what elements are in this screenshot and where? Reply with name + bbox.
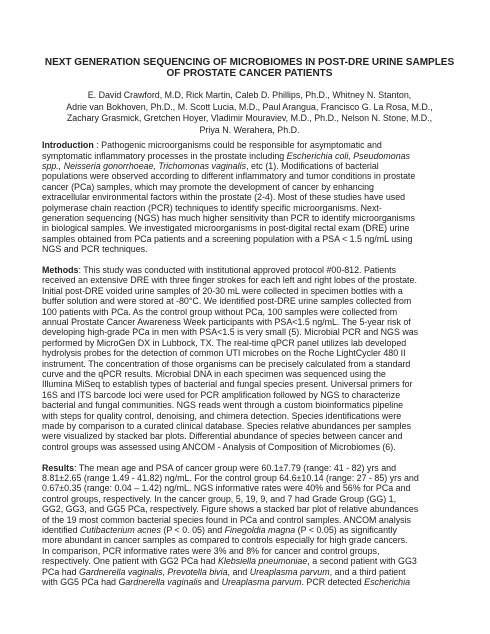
text-segment: : Pathogenic microorganisms could be res…: [94, 140, 382, 150]
text-segment: , a second patient with GG3: [307, 556, 417, 566]
text-segment: hydrolysis probes for the detection of c…: [42, 348, 406, 358]
text-line: 8.81±2.65 (range 1.49 - 41.82) ng/mL. Fo…: [42, 473, 457, 483]
text-segment: PCa had: [42, 567, 79, 577]
text-segment: spp., Neisseria gonorrhoeae, Trichomonas…: [42, 161, 246, 171]
text-segment: curve and the qPCR results. Microbial DN…: [42, 369, 386, 379]
author-line: Priya N. Werahera, Ph.D.: [42, 125, 457, 137]
text-segment: and: [202, 577, 222, 587]
text-segment: Ureaplasma parvum: [250, 567, 330, 577]
text-segment: GG2, GG3, and GG5 PCa, respectively. Fig…: [42, 504, 418, 514]
text-segment: samples obtained from PCa patients and a…: [42, 234, 412, 244]
text-segment: Prevotella bivia: [167, 567, 227, 577]
text-segment: were visualized by stacked bar plots. Di…: [42, 431, 402, 441]
text-segment: respectively. One patient with GG2 PCa h…: [42, 556, 218, 566]
text-line: made by comparison to a curated clinical…: [42, 421, 457, 431]
text-segment: Introduction: [42, 140, 94, 150]
text-segment: symptomatic inflammatory processes in th…: [42, 151, 287, 161]
text-segment: Results: [42, 463, 74, 473]
text-line: hydrolysis probes for the detection of c…: [42, 348, 457, 358]
text-segment: performed by MicroGen DX in Lubbock, TX.…: [42, 338, 406, 348]
author-line: Adrie van Bokhoven, Ph.D., M. Scott Luci…: [42, 102, 457, 114]
text-line: Introduction : Pathogenic microorganisms…: [42, 140, 457, 150]
text-segment: extracellular environmental factors with…: [42, 192, 405, 202]
text-segment: generation sequencing (NGS) has much hig…: [42, 213, 415, 223]
text-segment: Methods: [42, 265, 78, 275]
text-segment: Escherichia coli, Pseudomonas: [287, 151, 410, 161]
text-line: were visualized by stacked bar plots. Di…: [42, 431, 457, 441]
text-segment: cancer (PCa) samples, which may promote …: [42, 182, 374, 192]
text-segment: 100 patients with PCa. As the control gr…: [42, 307, 397, 317]
text-line: with GG5 PCa had Gardnerella vaginalis a…: [42, 577, 457, 587]
text-line: Illumina MiSeq to establish types of bac…: [42, 379, 457, 389]
author-line: Zachary Grasmick, Gretchen Hoyer, Vladim…: [42, 113, 457, 125]
text-line: extracellular environmental factors with…: [42, 192, 457, 202]
text-line: 0.67±0.35 (range: 0.04 – 1.42) ng/mL. NG…: [42, 483, 457, 493]
text-line: developing high-grade PCa in men with PS…: [42, 327, 457, 337]
text-segment: 8.81±2.65 (range 1.49 - 41.82) ng/mL. Fo…: [42, 473, 419, 483]
paragraph-introduction: Introduction : Pathogenic microorganisms…: [42, 140, 457, 254]
text-segment: NGS and PCR techniques.: [42, 244, 148, 254]
text-segment: Klebsiella pneumoniae: [218, 556, 307, 566]
paper-title: NEXT GENERATION SEQUENCING OF MICROBIOME…: [42, 58, 457, 79]
text-line: generation sequencing (NGS) has much hig…: [42, 213, 457, 223]
text-segment: developing high-grade PCa in men with PS…: [42, 327, 418, 337]
text-segment: instrument. The concentration of those o…: [42, 359, 410, 369]
text-line: respectively. One patient with GG2 PCa h…: [42, 556, 457, 566]
text-segment: : This study was conducted with institut…: [78, 265, 396, 275]
text-segment: (P < 0. 05) and: [161, 525, 225, 535]
text-line: polymerase chain reaction (PCR) techniqu…: [42, 203, 457, 213]
text-line: more abundant in cancer samples as compa…: [42, 535, 457, 545]
text-line: control groups was assessed using ANCOM …: [42, 442, 457, 452]
text-line: GG2, GG3, and GG5 PCa, respectively. Fig…: [42, 504, 457, 514]
text-line: 16S and ITS barcode loci were used for P…: [42, 390, 457, 400]
text-line: samples obtained from PCa patients and a…: [42, 234, 457, 244]
text-segment: Gardnerella vaginalis: [79, 567, 162, 577]
text-line: performed by MicroGen DX in Lubbock, TX.…: [42, 338, 457, 348]
text-line: received an extensive DRE with three fin…: [42, 275, 457, 285]
text-segment: 0.67±0.35 (range: 0.04 – 1.42) ng/mL. NG…: [42, 483, 410, 493]
text-line: instrument. The concentration of those o…: [42, 359, 457, 369]
paragraph-results: Results: The mean age and PSA of cancer …: [42, 463, 457, 588]
author-line: E. David Crawford, M.D, Rick Martin, Cal…: [42, 90, 457, 102]
text-segment: Initial post-DRE voided urine samples of…: [42, 286, 403, 296]
text-segment: In comparison, PCR informative rates wer…: [42, 546, 379, 556]
text-segment: more abundant in cancer samples as compa…: [42, 535, 408, 545]
abstract-sections: Introduction : Pathogenic microorganisms…: [42, 140, 457, 587]
text-line: annual Prostate Cancer Awareness Week pa…: [42, 317, 457, 327]
title-line-1: NEXT GENERATION SEQUENCING OF MICROBIOME…: [42, 58, 457, 69]
text-line: bacterial and fungal communities. NGS re…: [42, 400, 457, 410]
text-line: In comparison, PCR informative rates wer…: [42, 546, 457, 556]
text-segment: : The mean age and PSA of cancer group w…: [74, 463, 396, 473]
text-segment: Ureaplasma parvum: [222, 577, 302, 587]
text-segment: control groups was assessed using ANCOM …: [42, 442, 396, 452]
text-segment: Illumina MiSeq to establish types of bac…: [42, 379, 412, 389]
text-line: cancer (PCa) samples, which may promote …: [42, 182, 457, 192]
text-line: populations were observed according to d…: [42, 171, 457, 181]
text-segment: control groups, respectively. In the can…: [42, 494, 396, 504]
text-segment: in biological samples. We investigated m…: [42, 223, 409, 233]
text-line: 100 patients with PCa. As the control gr…: [42, 307, 457, 317]
text-line: NGS and PCR techniques.: [42, 244, 457, 254]
title-line-2: OF PROSTATE CANCER PATIENTS: [42, 69, 457, 80]
text-segment: Gardnerella vaginalis: [118, 577, 201, 587]
text-segment: bacterial and fungal communities. NGS re…: [42, 400, 403, 410]
text-segment: , etc (1). Modifications of bacterial: [246, 161, 379, 171]
text-line: with steps for quality control, denoisin…: [42, 411, 457, 421]
text-segment: annual Prostate Cancer Awareness Week pa…: [42, 317, 411, 327]
text-line: buffer solution and were stored at -80°C…: [42, 296, 457, 306]
text-line: of the 19 most common bacterial species …: [42, 515, 457, 525]
text-line: PCa had Gardnerella vaginalis, Prevotell…: [42, 567, 457, 577]
text-line: curve and the qPCR results. Microbial DN…: [42, 369, 457, 379]
text-segment: of the 19 most common bacterial species …: [42, 515, 411, 525]
text-segment: 16S and ITS barcode loci were used for P…: [42, 390, 400, 400]
text-segment: received an extensive DRE with three fin…: [42, 275, 417, 285]
text-segment: , and a third patient: [330, 567, 406, 577]
author-list: E. David Crawford, M.D, Rick Martin, Cal…: [42, 90, 457, 136]
text-segment: polymerase chain reaction (PCR) techniqu…: [42, 203, 382, 213]
text-line: symptomatic inflammatory processes in th…: [42, 151, 457, 161]
text-segment: with GG5 PCa had: [42, 577, 118, 587]
text-line: in biological samples. We investigated m…: [42, 223, 457, 233]
text-segment: Escherichia: [364, 577, 410, 587]
text-segment: , and: [228, 567, 250, 577]
text-segment: made by comparison to a curated clinical…: [42, 421, 411, 431]
text-line: Results: The mean age and PSA of cancer …: [42, 463, 457, 473]
text-segment: (P < 0.05) as significantly: [295, 525, 397, 535]
text-line: spp., Neisseria gonorrhoeae, Trichomonas…: [42, 161, 457, 171]
text-segment: populations were observed according to d…: [42, 171, 415, 181]
text-segment: Cutibacterium acnes: [80, 525, 161, 535]
text-line: Initial post-DRE voided urine samples of…: [42, 286, 457, 296]
text-segment: with steps for quality control, denoisin…: [42, 411, 401, 421]
text-segment: . PCR detected: [302, 577, 365, 587]
text-line: Methods: This study was conducted with i…: [42, 265, 457, 275]
paragraph-methods: Methods: This study was conducted with i…: [42, 265, 457, 452]
text-segment: identified: [42, 525, 80, 535]
text-segment: buffer solution and were stored at -80°C…: [42, 296, 411, 306]
abstract-page: NEXT GENERATION SEQUENCING OF MICROBIOME…: [0, 0, 490, 634]
text-line: control groups, respectively. In the can…: [42, 494, 457, 504]
text-line: identified Cutibacterium acnes (P < 0. 0…: [42, 525, 457, 535]
text-segment: Finegoldia magna: [225, 525, 296, 535]
